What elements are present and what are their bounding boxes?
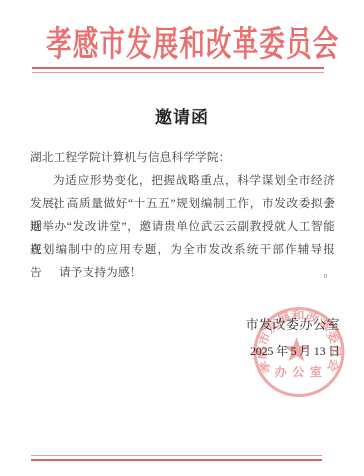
footer-divider [31,455,322,461]
signature-date: 2025 年 5 月 13 日 [245,338,340,365]
salutation-line: 湖北工程学院计算机与信息科学学院： [30,146,335,169]
body-line: 发展，高质量做好“十五五”规划编制工作，市发改委拟于近 [30,192,335,215]
letter-body: 湖北工程学院计算机与信息科学学院： 为适应形势变化，把握战略重点，科学谋划全市经… [30,146,335,284]
seal-bottom-text: 办公室 [275,364,328,379]
body-line: 期举办“发改讲堂”，邀请贵单位武云云副教授就人工智能在 [30,215,335,238]
signature-office: 市发改委办公室 [245,311,340,338]
body-line: 规划编制中的应用专题，为全市发改系统干部作辅导报告。 [30,238,335,261]
letterhead-org-name: 孝感市发展和改革委员会 [46,17,312,67]
signature-block: 市发改委办公室 2025 年 5 月 13 日 [245,311,340,365]
page-title: 邀请函 [0,103,364,128]
body-line: 为适应形势变化，把握战略重点，科学谋划全市经济社会 [30,169,335,192]
letterhead-divider [32,67,324,73]
document-page: 孝感市发展和改革委员会 邀请函 湖北工程学院计算机与信息科学学院： 为适应形势变… [0,0,364,476]
